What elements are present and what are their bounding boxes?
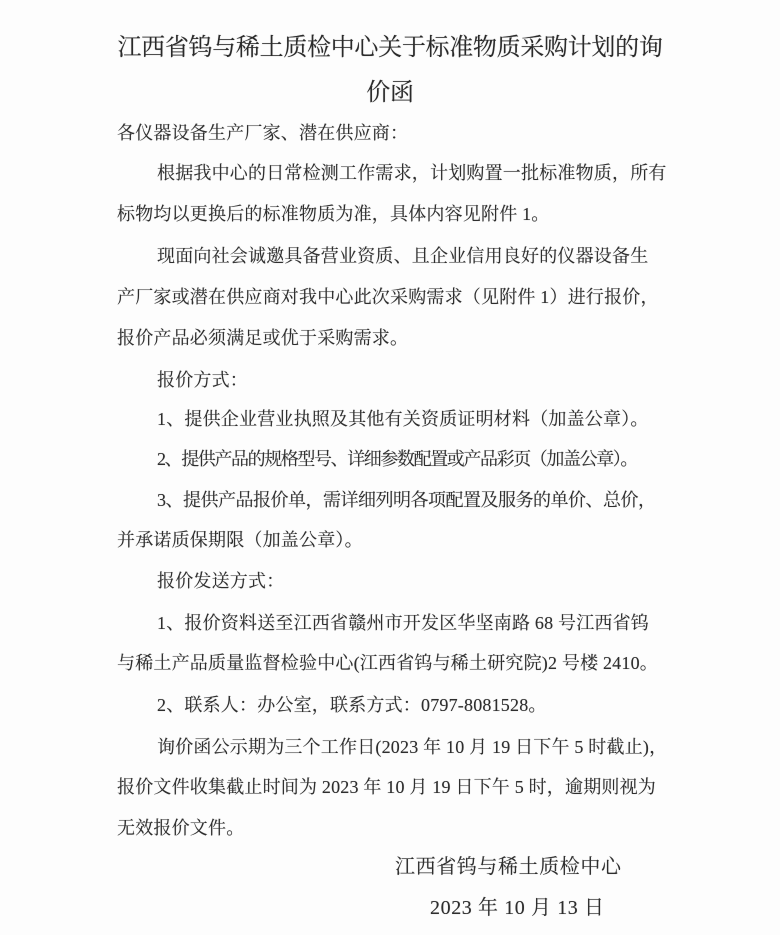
delivery-item-1: 1、报价资料送至江西省赣州市开发区华坚南路 68 号江西省钨 [157, 611, 649, 635]
document-title-line-1: 江西省钨与稀土质检中心关于标准物质采购计划的询 [0, 33, 780, 63]
section-heading-quote-delivery: 报价发送方式： [157, 569, 284, 593]
doc-line: 根据我中心的日常检测工作需求，计划购置一批标准物质，所有 [157, 161, 667, 185]
signature-line: 江西省钨与稀土质检中心 [395, 855, 622, 879]
doc-line: 与稀土产品质量监督检验中心(江西省钨与稀土研究院)2 号楼 2410。 [117, 651, 658, 675]
list-item-1: 1、提供企业营业执照及其他有关资质证明材料（加盖公章）。 [157, 407, 649, 431]
deadline-line-2: 报价文件收集截止时间为 2023 年 10 月 19 日下午 5 时，逾期则视为 [117, 775, 656, 799]
salutation-line: 各仪器设备生产厂家、潜在供应商： [117, 121, 408, 145]
doc-line: 报价产品必须满足或优于采购需求。 [117, 326, 408, 350]
scanned-document-page: 江西省钨与稀土质检中心关于标准物质采购计划的询 价函 各仪器设备生产厂家、潜在供… [0, 0, 780, 935]
deadline-line-3: 无效报价文件。 [117, 816, 244, 840]
doc-line: 并承诺质保期限（加盖公章）。 [117, 528, 363, 552]
section-heading-quote-method: 报价方式： [157, 368, 248, 392]
document-title-line-2: 价函 [0, 78, 780, 108]
list-item-3: 3、提供产品报价单，需详细列明各项配置及服务的单价、总价， [157, 488, 656, 512]
date-line: 2023 年 10 月 13 日 [430, 896, 605, 920]
list-item-2: 2、提供产品的规格型号、详细参数配置或产品彩页（加盖公章）。 [157, 447, 637, 471]
contact-line: 2、联系人：办公室，联系方式：0797-8081528。 [157, 693, 547, 717]
deadline-line-1: 询价函公示期为三个工作日(2023 年 10 月 19 日下午 5 时截止)， [157, 735, 667, 759]
doc-line: 标物均以更换后的标准物质为准，具体内容见附件 1。 [117, 202, 550, 226]
doc-line: 产厂家或潜在供应商对我中心此次采购需求（见附件 1）进行报价， [117, 285, 659, 309]
doc-line: 现面向社会诚邀具备营业资质、且企业信用良好的仪器设备生 [157, 244, 648, 268]
